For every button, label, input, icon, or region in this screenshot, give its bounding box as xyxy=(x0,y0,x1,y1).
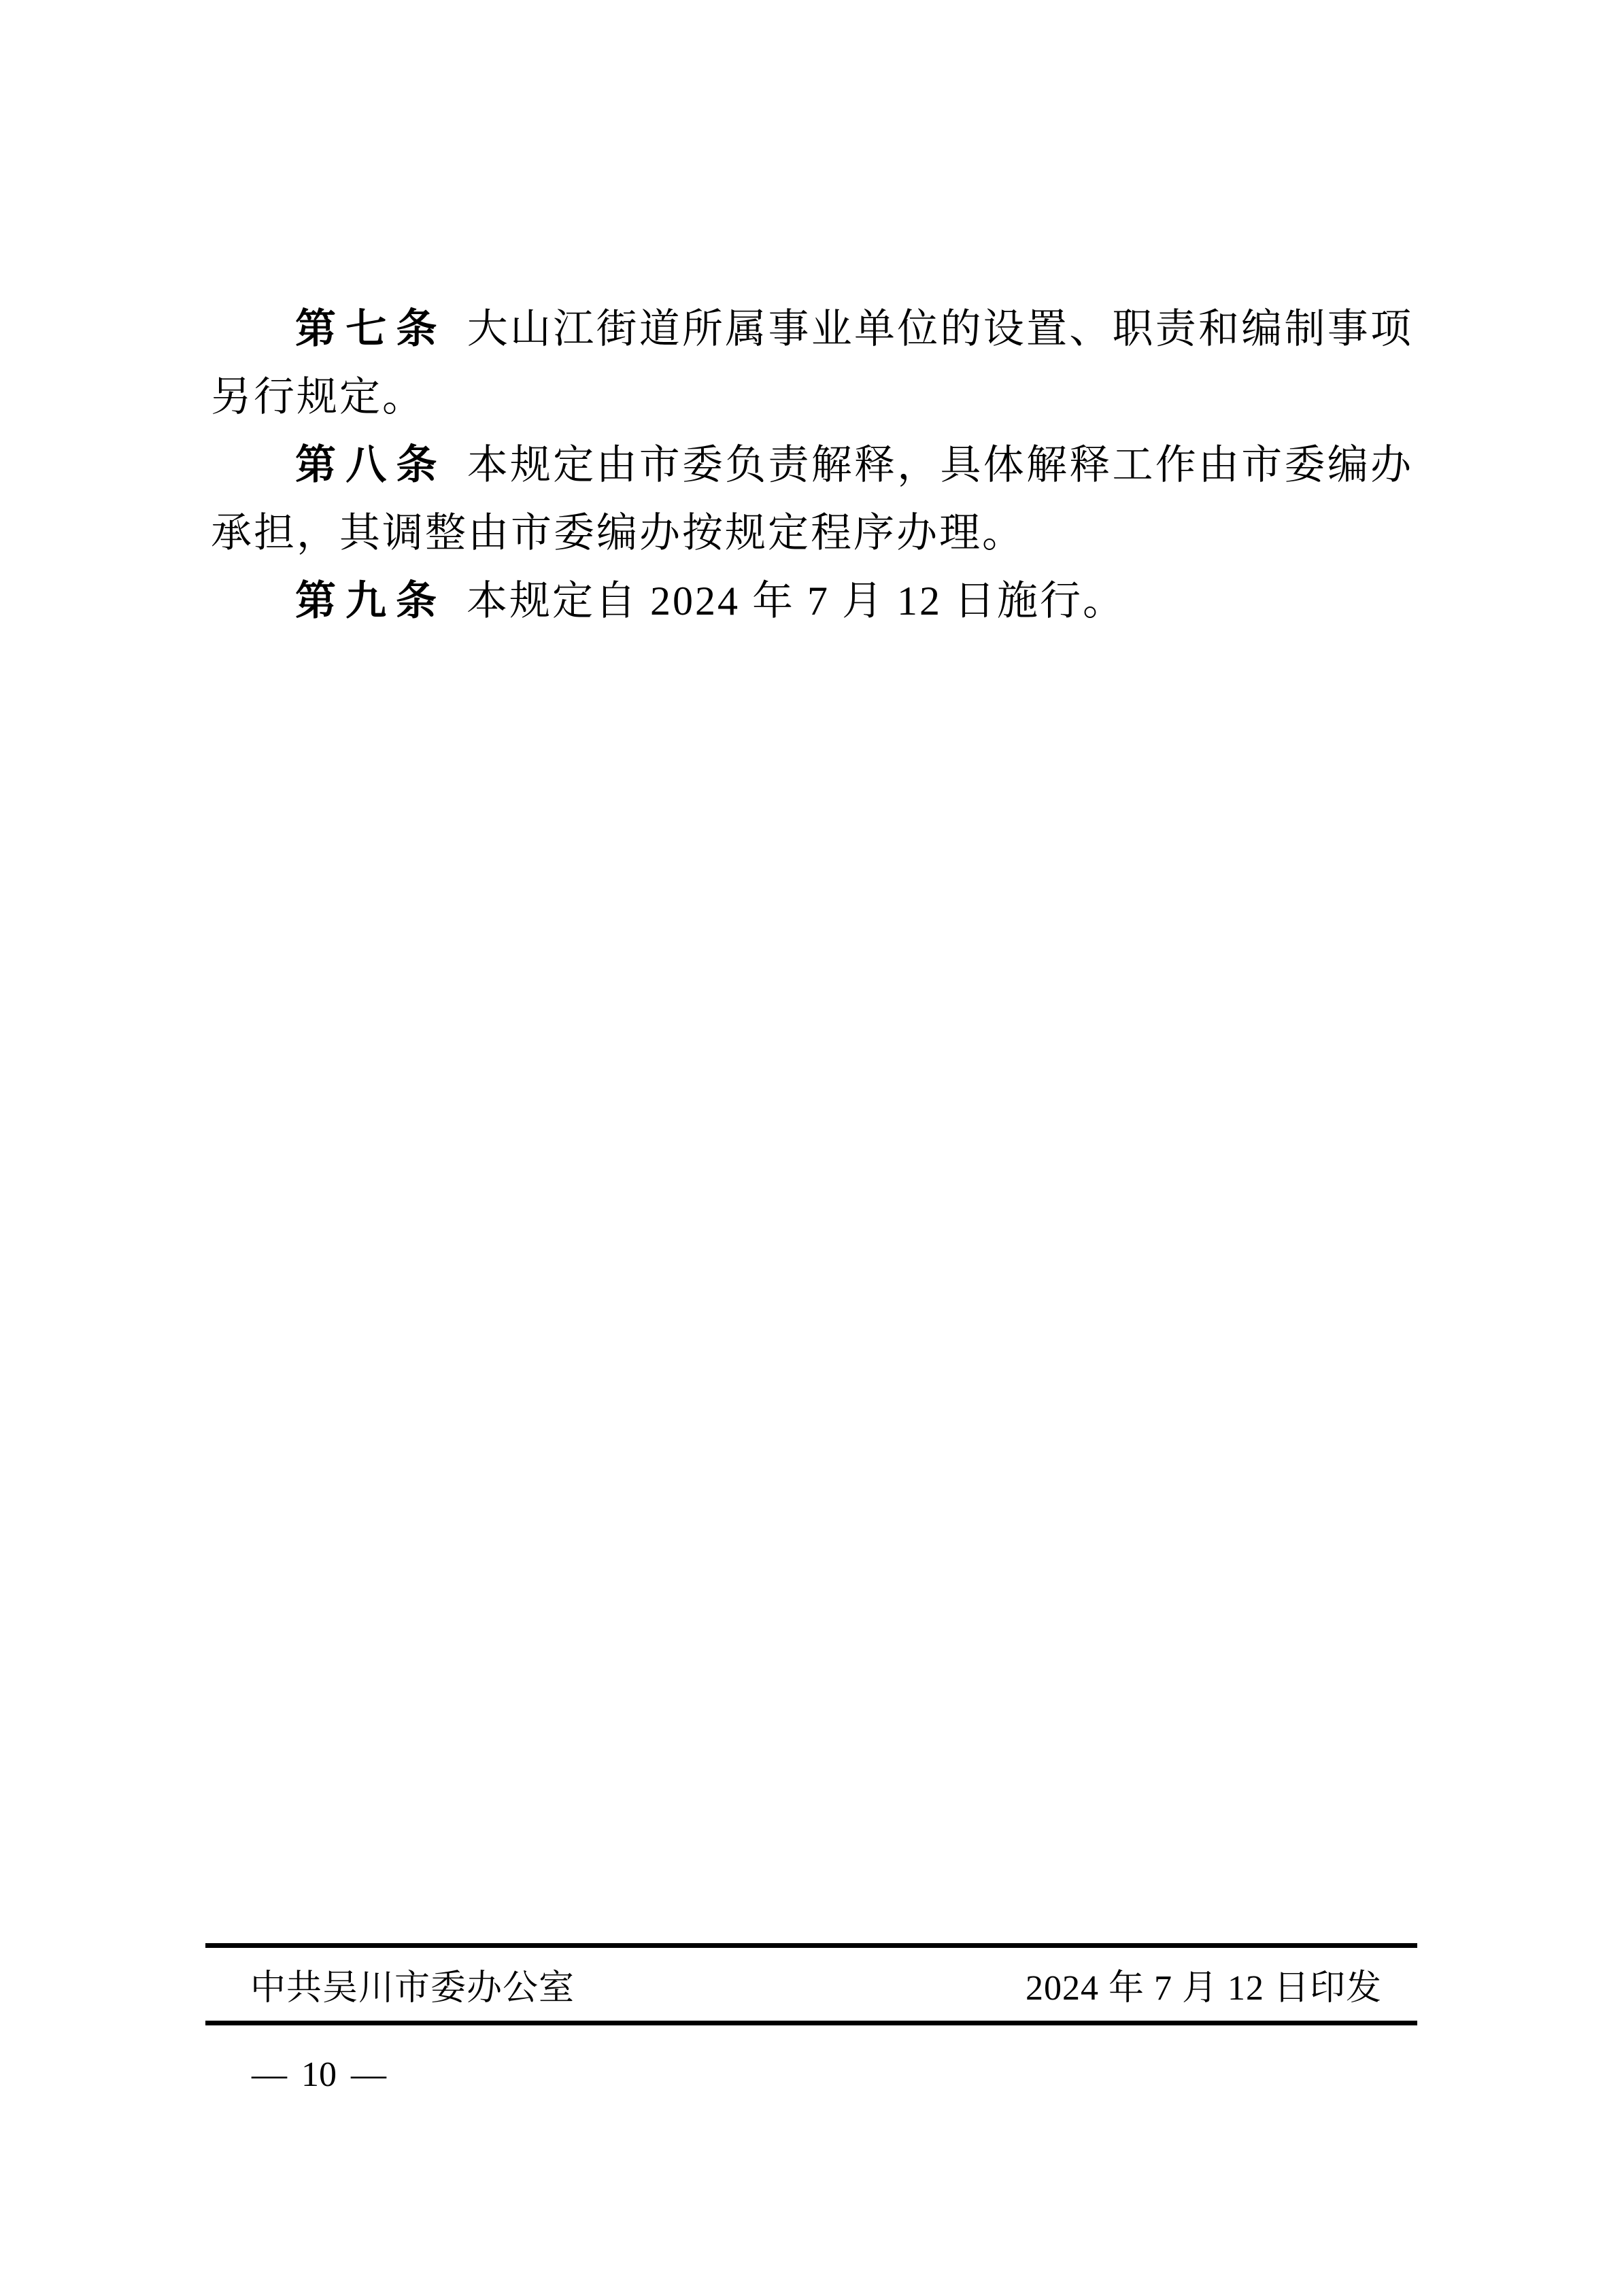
page-number: — 10 — xyxy=(252,2055,386,2095)
article-9-text: 本规定自 2024 年 7 月 12 日施行。 xyxy=(467,579,1126,623)
document-body: 第七条大山江街道所属事业单位的设置、职责和编制事项另行规定。 第八条本规定由市委… xyxy=(211,295,1413,635)
document-page: 第七条大山江街道所属事业单位的设置、职责和编制事项另行规定。 第八条本规定由市委… xyxy=(0,0,1624,2296)
paragraph-article-9: 第九条本规定自 2024 年 7 月 12 日施行。 xyxy=(211,567,1413,635)
footer-row: 中共吴川市委办公室 2024 年 7 月 12 日印发 xyxy=(205,1948,1417,2021)
paragraph-article-7: 第七条大山江街道所属事业单位的设置、职责和编制事项另行规定。 xyxy=(211,295,1413,431)
article-9-heading: 第九条 xyxy=(295,578,446,623)
footer-top-rule xyxy=(205,1943,1417,1948)
article-7-heading: 第七条 xyxy=(295,306,447,352)
footer-issuer: 中共吴川市委办公室 xyxy=(250,1959,575,2010)
paragraph-article-8: 第八条本规定由市委负责解释，具体解释工作由市委编办承担，其调整由市委编办按规定程… xyxy=(211,431,1413,567)
article-8-heading: 第八条 xyxy=(295,442,447,487)
footer-print-date: 2024 年 7 月 12 日印发 xyxy=(1026,1959,1382,2010)
footer-bottom-rule xyxy=(205,2021,1417,2025)
